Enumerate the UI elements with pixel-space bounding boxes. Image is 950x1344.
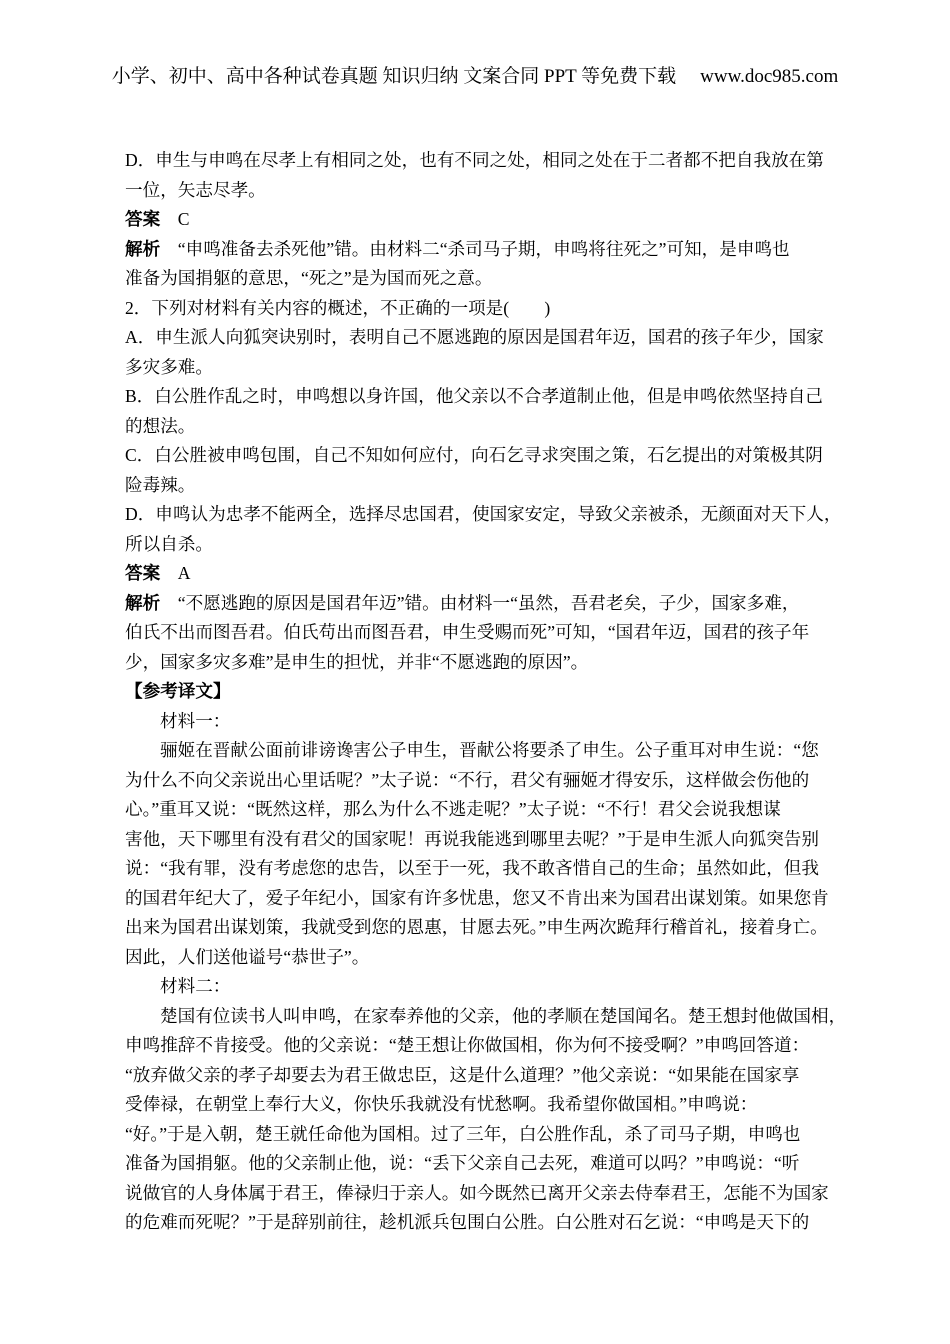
text-line: C．白公胜被申鸣包围，自己不知如何应付，向石乞寻求突围之策，石乞提出的对策极其阴 [125,441,835,471]
text-line: 的危难而死呢？”于是辞别前往，趁机派兵包围白公胜。白公胜对石乞说：“申鸣是天下的 [125,1208,835,1238]
page-header: 小学、初中、高中各种试卷真题 知识归纳 文案合同 PPT 等免费下载www.do… [0,64,950,90]
text-run: 说：“我有罪，没有考虑您的忠告，以至于一死，我不敢吝惜自己的生命；虽然如此，但我 [125,858,819,878]
text-line: “好。”于是入朝，楚王就任命他为国相。过了三年，白公胜作乱，杀了司马子期，申鸣也 [125,1120,835,1150]
text-line: 答案 C [125,205,835,235]
text-run: 险毒辣。 [125,475,195,495]
text-run: 的想法。 [125,416,195,436]
text-line: 险毒辣。 [125,471,835,501]
text-run: 所以自杀。 [125,534,213,554]
text-run: 出来为国君出谋划策，我就受到您的恩惠，甘愿去死。”申生两次跪拜行稽首礼，接着身亡… [125,917,828,937]
text-line: 材料二： [125,972,835,1002]
bold-label: 解析 [125,593,160,613]
bold-label: 答案 [125,563,160,583]
text-run: 少，国家多灾多难”是申生的担忧，并非“不愿逃跑的原因”。 [125,652,588,672]
text-line: 【参考译文】 [125,677,835,707]
text-run: 伯氏不出而图吾君。伯氏苟出而图吾君，申生受赐而死”可知，“国君年迈，国君的孩子年 [125,622,809,642]
text-run: “好。”于是入朝，楚王就任命他为国相。过了三年，白公胜作乱，杀了司马子期，申鸣也 [125,1124,800,1144]
text-run: 申鸣推辞不肯接受。他的父亲说：“楚王想让你做国相，你为何不接受啊？”申鸣回答道： [125,1035,809,1055]
text-line: 出来为国君出谋划策，我就受到您的恩惠，甘愿去死。”申生两次跪拜行稽首礼，接着身亡… [125,913,835,943]
text-line: 解析 “申鸣准备去杀死他”错。由材料二“杀司马子期，申鸣将往死之”可知，是申鸣也 [125,235,835,265]
text-line: 伯氏不出而图吾君。伯氏苟出而图吾君，申生受赐而死”可知，“国君年迈，国君的孩子年 [125,618,835,648]
header-tagline: 小学、初中、高中各种试卷真题 知识归纳 文案合同 PPT 等免费下载 [112,66,676,87]
text-line: 因此，人们送他谥号“恭世子”。 [125,943,835,973]
text-run: 的国君年纪大了，爱子年纪小，国家有许多忧患，您又不肯出来为国君出谋划策。如果您肯 [125,888,829,908]
text-run: 心。”重耳又说：“既然这样，那么为什么不逃走呢？”太子说：“不行！君父会说我想谋 [125,799,781,819]
text-run: 为什么不向父亲说出心里话呢？”太子说：“不行，君父有骊姬才得安乐，这样做会伤他的 [125,770,809,790]
text-line: B．白公胜作乱之时，申鸣想以身许国，他父亲以不合孝道制止他，但是申鸣依然坚持自己 [125,382,835,412]
text-line: 材料一： [125,707,835,737]
text-line: “放弃做父亲的孝子却要去为君王做忠臣，这是什么道理？”他父亲说：“如果能在国家享 [125,1061,835,1091]
text-line: 答案 A [125,559,835,589]
text-run: 2．下列对材料有关内容的概述，不正确的一项是( ) [125,298,550,318]
text-run: 的危难而死呢？”于是辞别前往，趁机派兵包围白公胜。白公胜对石乞说：“申鸣是天下的 [125,1212,809,1232]
text-run: 害他，天下哪里有没有君父的国家呢！再说我能逃到哪里去呢？”于是申生派人向狐突告别 [125,829,819,849]
text-line: 心。”重耳又说：“既然这样，那么为什么不逃走呢？”太子说：“不行！君父会说我想谋 [125,795,835,825]
text-line: 申鸣推辞不肯接受。他的父亲说：“楚王想让你做国相，你为何不接受啊？”申鸣回答道： [125,1031,835,1061]
text-run: 受俸禄，在朝堂上奉行大义，你快乐我就没有忧愁啊。我希望你做国相。”申鸣说： [125,1094,757,1114]
text-run: “不愿逃跑的原因是国君年迈”错。由材料一“虽然，吾君老矣，子少，国家多难， [160,593,799,613]
text-line: 为什么不向父亲说出心里话呢？”太子说：“不行，君父有骊姬才得安乐，这样做会伤他的 [125,766,835,796]
text-line: D．申鸣认为忠孝不能两全，选择尽忠国君，使国家安定，导致父亲被杀，无颜面对天下人… [125,500,835,530]
text-run: D．申生与申鸣在尽孝上有相同之处，也有不同之处，相同之处在于二者都不把自我放在第 [125,150,824,170]
text-run: C [160,209,189,229]
text-run: 楚国有位读书人叫申鸣，在家奉养他的父亲，他的孝顺在楚国闻名。楚王想封他做国相， [160,1006,846,1026]
text-line: 解析 “不愿逃跑的原因是国君年迈”错。由材料一“虽然，吾君老矣，子少，国家多难， [125,589,835,619]
text-run: D．申鸣认为忠孝不能两全，选择尽忠国君，使国家安定，导致父亲被杀，无颜面对天下人… [125,504,841,524]
bold-label: 【参考译文】 [125,681,231,701]
text-line: 准备为国捐躯的意思，“死之”是为国而死之意。 [125,264,835,294]
text-run: 说做官的人身体属于君王，俸禄归于亲人。如今既然已离开父亲去侍奉君王，怎能不为国家 [125,1183,829,1203]
text-run: 骊姬在晋献公面前诽谤谗害公子申生，晋献公将要杀了申生。公子重耳对申生说：“您 [160,740,819,760]
text-run: 准备为国捐躯。他的父亲制止他，说：“丢下父亲自己去死，难道可以吗？”申鸣说：“听 [125,1153,799,1173]
text-line: 说做官的人身体属于君王，俸禄归于亲人。如今既然已离开父亲去侍奉君王，怎能不为国家 [125,1179,835,1209]
text-line: 2．下列对材料有关内容的概述，不正确的一项是( ) [125,294,835,324]
text-run: A．申生派人向狐突诀别时，表明自己不愿逃跑的原因是国君年迈，国君的孩子年少，国家 [125,327,824,347]
text-run: C．白公胜被申鸣包围，自己不知如何应付，向石乞寻求突围之策，石乞提出的对策极其阴 [125,445,823,465]
text-line: 少，国家多灾多难”是申生的担忧，并非“不愿逃跑的原因”。 [125,648,835,678]
document-body: D．申生与申鸣在尽孝上有相同之处，也有不同之处，相同之处在于二者都不把自我放在第… [125,146,835,1238]
bold-label: 解析 [125,239,160,259]
text-line: 害他，天下哪里有没有君父的国家呢！再说我能逃到哪里去呢？”于是申生派人向狐突告别 [125,825,835,855]
text-run: A [160,563,190,583]
text-run: 多灾多难。 [125,357,213,377]
text-line: 的国君年纪大了，爱子年纪小，国家有许多忧患，您又不肯出来为国君出谋划策。如果您肯 [125,884,835,914]
text-run: 材料二： [160,976,230,996]
bold-label: 答案 [125,209,160,229]
text-line: 楚国有位读书人叫申鸣，在家奉养他的父亲，他的孝顺在楚国闻名。楚王想封他做国相， [125,1002,835,1032]
text-line: 一位，矢志尽孝。 [125,176,835,206]
text-run: 因此，人们送他谥号“恭世子”。 [125,947,369,967]
text-run: 准备为国捐躯的意思，“死之”是为国而死之意。 [125,268,493,288]
text-run: 材料一： [160,711,230,731]
text-run: 一位，矢志尽孝。 [125,180,266,200]
text-run: “放弃做父亲的孝子却要去为君王做忠臣，这是什么道理？”他父亲说：“如果能在国家享 [125,1065,799,1085]
text-line: 骊姬在晋献公面前诽谤谗害公子申生，晋献公将要杀了申生。公子重耳对申生说：“您 [125,736,835,766]
text-line: 的想法。 [125,412,835,442]
text-line: 准备为国捐躯。他的父亲制止他，说：“丢下父亲自己去死，难道可以吗？”申鸣说：“听 [125,1149,835,1179]
text-run: “申鸣准备去杀死他”错。由材料二“杀司马子期，申鸣将往死之”可知，是申鸣也 [160,239,789,259]
text-line: A．申生派人向狐突诀别时，表明自己不愿逃跑的原因是国君年迈，国君的孩子年少，国家 [125,323,835,353]
header-url: www.doc985.com [700,66,838,87]
document-page: 小学、初中、高中各种试卷真题 知识归纳 文案合同 PPT 等免费下载www.do… [0,0,950,1344]
text-line: 受俸禄，在朝堂上奉行大义，你快乐我就没有忧愁啊。我希望你做国相。”申鸣说： [125,1090,835,1120]
text-run: B．白公胜作乱之时，申鸣想以身许国，他父亲以不合孝道制止他，但是申鸣依然坚持自己 [125,386,823,406]
text-line: D．申生与申鸣在尽孝上有相同之处，也有不同之处，相同之处在于二者都不把自我放在第 [125,146,835,176]
text-line: 所以自杀。 [125,530,835,560]
text-line: 多灾多难。 [125,353,835,383]
text-line: 说：“我有罪，没有考虑您的忠告，以至于一死，我不敢吝惜自己的生命；虽然如此，但我 [125,854,835,884]
